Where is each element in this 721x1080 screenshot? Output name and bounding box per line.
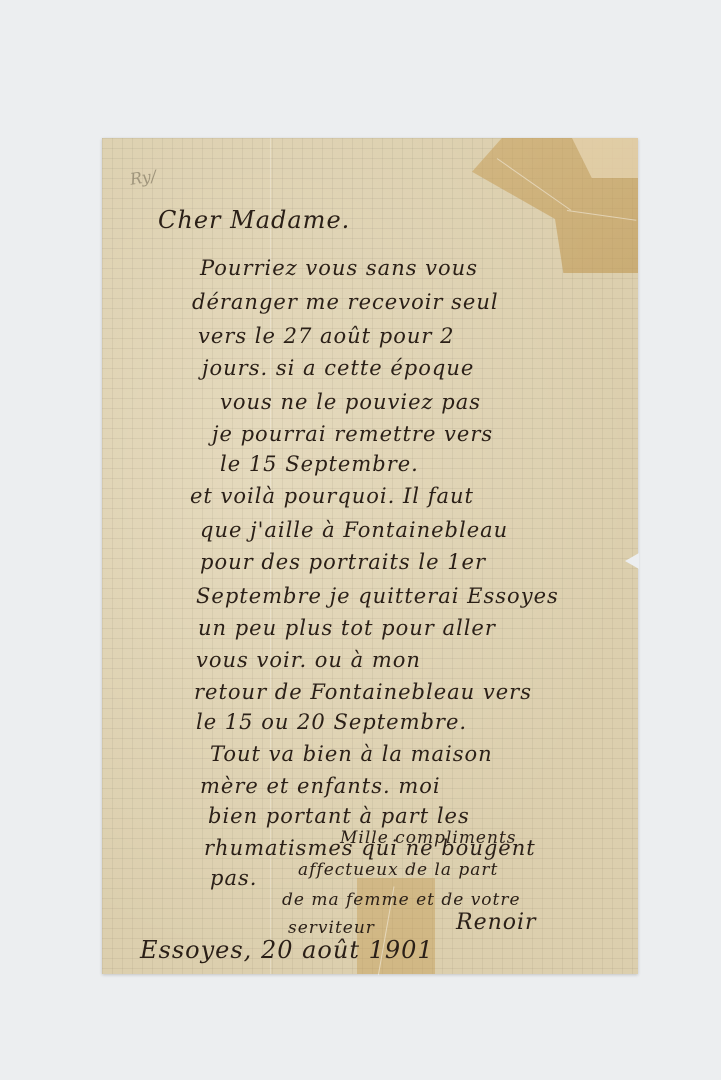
letter-paper: Ry/ Cher Madame. Pourriez vous sans vous… xyxy=(102,138,638,974)
closing-line: serviteur xyxy=(288,918,375,938)
letter-line: un peu plus tot pour aller xyxy=(198,616,496,640)
place-date: Essoyes, 20 août 1901 xyxy=(140,936,434,964)
salutation: Cher Madame. xyxy=(158,206,350,234)
letter-line: vers le 27 août pour 2 xyxy=(198,324,455,348)
letter-line: le 15 ou 20 Septembre. xyxy=(196,710,467,734)
letter-line: Pourriez vous sans vous xyxy=(200,256,478,280)
letter-line: Tout va bien à la maison xyxy=(210,742,493,766)
letter-line: vous ne le pouviez pas xyxy=(220,390,481,414)
signature: Renoir xyxy=(456,910,537,935)
pencil-annotation: Ry/ xyxy=(129,166,158,188)
letter-line: mère et enfants. moi xyxy=(200,774,441,798)
letter-line: Septembre je quitterai Essoyes xyxy=(196,584,559,608)
letter-line: bien portant à part les xyxy=(208,804,470,828)
closing-line: Mille compliments xyxy=(340,828,517,848)
letter-line: le 15 Septembre. xyxy=(220,452,419,476)
closing-line: affectueux de la part xyxy=(298,860,498,880)
closing-line: de ma femme et de votre xyxy=(282,890,521,910)
letter-line: vous voir. ou à mon xyxy=(196,648,421,672)
letter-line: retour de Fontainebleau vers xyxy=(194,680,532,704)
letter-line: et voilà pourquoi. Il faut xyxy=(190,484,474,508)
letter-line: pour des portraits le 1er xyxy=(200,550,486,574)
paper-tear xyxy=(625,553,639,569)
letter-line: jours. si a cette époque xyxy=(202,356,474,380)
letter-line: que j'aille à Fontainebleau xyxy=(200,518,508,542)
letter-line: pas. xyxy=(210,866,257,890)
letter-line: je pourrai remettre vers xyxy=(212,422,493,446)
letter-line: déranger me recevoir seul xyxy=(192,290,499,314)
